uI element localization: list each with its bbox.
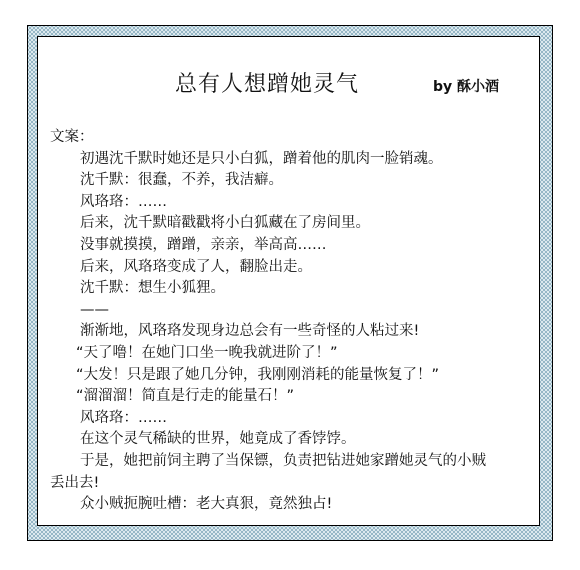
- synopsis-line: 丢出去!: [50, 473, 530, 495]
- synopsis-line: 风珞珞：……: [50, 408, 530, 430]
- synopsis-line: 沈千默：很蠢，不养，我洁癖。: [50, 170, 530, 192]
- synopsis-line: 沈千默：想生小狐狸。: [50, 278, 530, 300]
- synopsis-line: “大发！只是跟了她几分钟，我刚刚消耗的能量恢复了！”: [50, 365, 530, 387]
- synopsis-line: 在这个灵气稀缺的世界，她竟成了香饽饽。: [50, 429, 530, 451]
- synopsis-body: 文案： 初遇沈千默时她还是只小白狐，蹭着他的肌肉一脸销魂。 沈千默：很蠢，不养，…: [50, 127, 530, 516]
- synopsis-line: 初遇沈千默时她还是只小白狐，蹭着他的肌肉一脸销魂。: [50, 149, 530, 171]
- section-label: 文案：: [50, 127, 530, 149]
- synopsis-line: 没事就摸摸，蹭蹭，亲亲，举高高……: [50, 235, 530, 257]
- section-divider: ——: [50, 300, 530, 322]
- synopsis-line: “溜溜溜！简直是行走的能量石！”: [50, 386, 530, 408]
- synopsis-line: 后来，沈千默暗戳戳将小白狐藏在了房间里。: [50, 213, 530, 235]
- synopsis-line: 后来，风珞珞变成了人，翻脸出走。: [50, 257, 530, 279]
- synopsis-line: 渐渐地，风珞珞发现身边总会有一些奇怪的人粘过来!: [50, 321, 530, 343]
- author-byline: by 酥小酒: [433, 77, 499, 97]
- document-title: 总有人想蹭她灵气: [175, 71, 359, 99]
- synopsis-line: 于是，她把前饲主聘了当保镖，负责把钻进她家蹭她灵气的小贼: [50, 451, 530, 473]
- synopsis-line: 众小贼扼腕吐槽：老大真狠，竟然独占!: [50, 494, 530, 516]
- synopsis-line: “天了噜！在她门口坐一晚我就进阶了！”: [50, 343, 530, 365]
- synopsis-line: 风珞珞：……: [50, 192, 530, 214]
